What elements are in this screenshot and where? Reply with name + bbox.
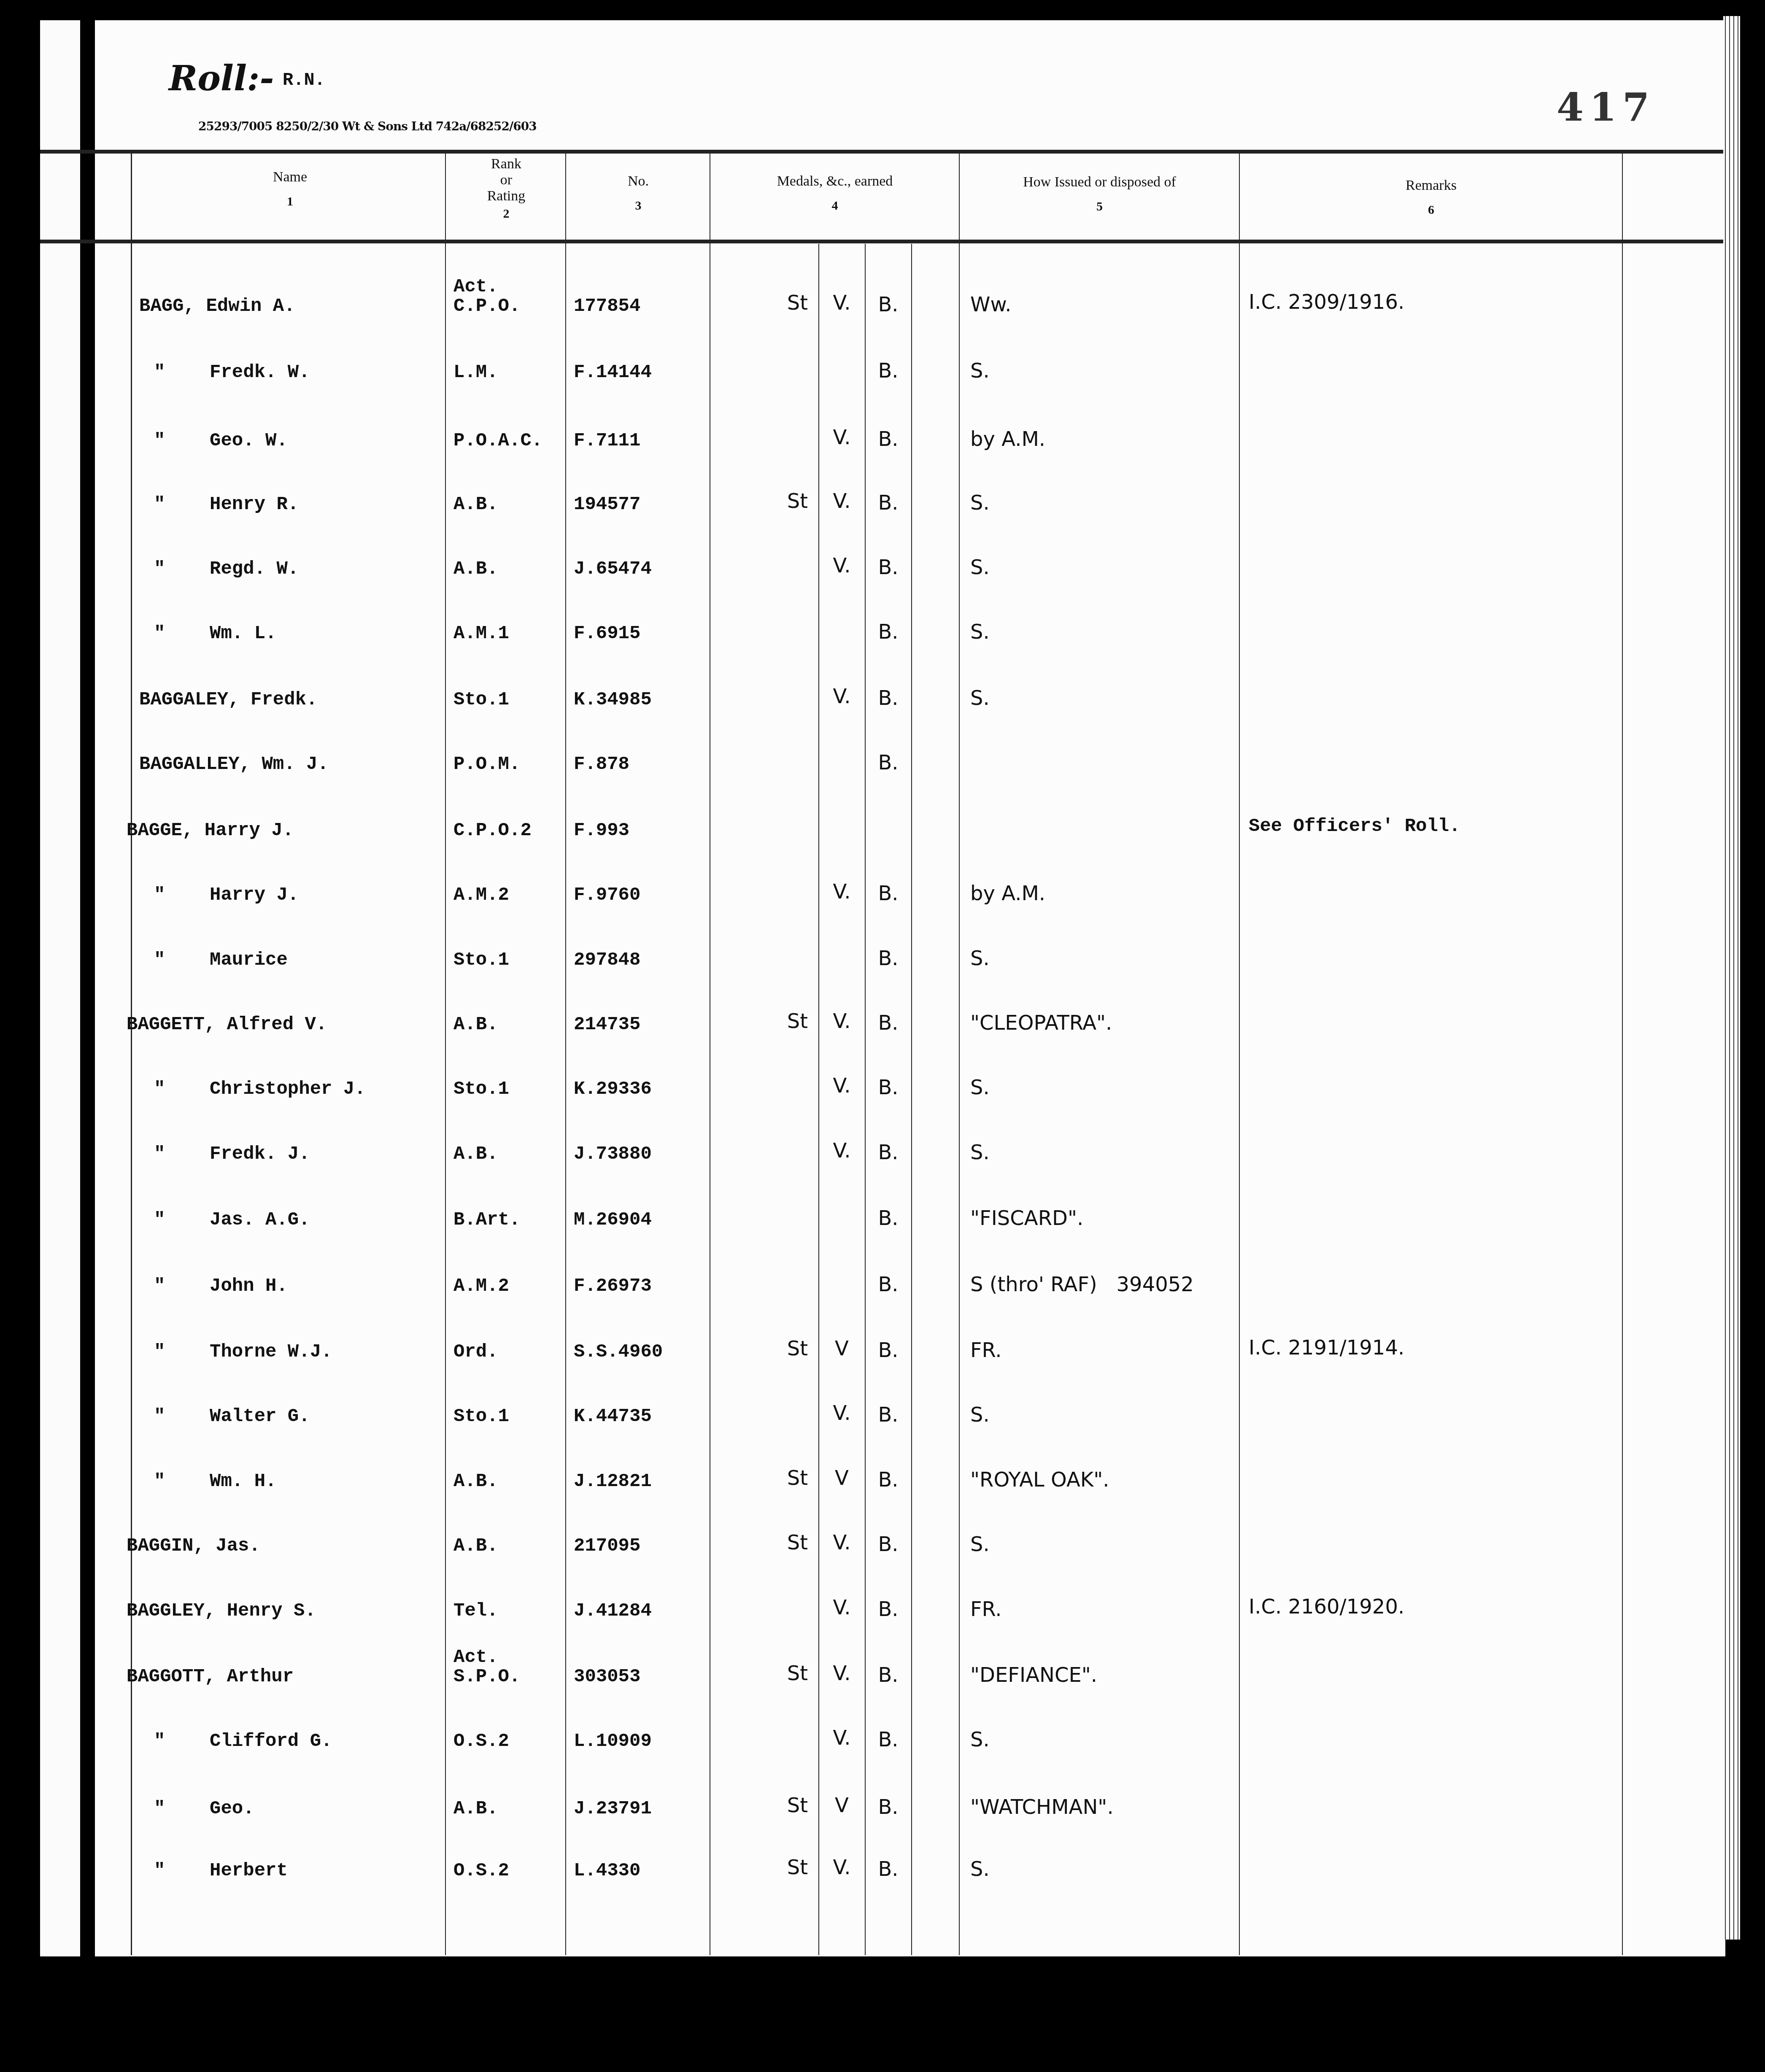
name-cell: " Herbert: [154, 1862, 288, 1880]
rank-cell: A.B.: [453, 1537, 498, 1555]
header-label: Name: [273, 169, 307, 185]
service-number-cell: F.7111: [574, 432, 640, 450]
medal-victory-cell: V: [820, 1795, 864, 1816]
service-number-cell: J.12821: [574, 1472, 652, 1491]
rank-cell: B.Art.: [453, 1211, 520, 1229]
rank-cell: O.S.2: [453, 1732, 509, 1751]
issued-cell: S.: [970, 1534, 990, 1554]
column-divider-name-rank: [445, 152, 446, 1955]
medal-british-cell: B.: [866, 1142, 910, 1163]
rank-cell: L.M.: [453, 363, 498, 382]
issued-cell: "WATCHMAN".: [970, 1797, 1114, 1817]
name-cell: " Thorne W.J.: [154, 1343, 332, 1361]
medal-british-cell: B.: [866, 1599, 910, 1619]
issued-cell: S.: [970, 1859, 990, 1879]
medal-victory-cell: V.: [820, 1532, 864, 1553]
medal-star-cell: St: [775, 1011, 820, 1031]
column-header-medals: Medals, &c., earned 4: [711, 173, 959, 214]
name-cell: BAGGLEY, Henry S.: [127, 1602, 316, 1620]
name-cell: BAGGOTT, Arthur: [127, 1667, 294, 1686]
medal-british-cell: B.: [866, 429, 910, 449]
service-number-cell: J.73880: [574, 1145, 652, 1163]
rank-cell-line-2: C.P.O.: [453, 297, 520, 316]
medal-british-cell: B.: [866, 1665, 910, 1685]
medal-victory-cell: V.: [820, 1141, 864, 1161]
medal-british-cell: B.: [866, 361, 910, 381]
rank-cell-line-2: S.P.O.: [453, 1667, 520, 1686]
name-cell: BAGGE, Harry J.: [127, 821, 294, 840]
column-divider-issued-remarks: [1239, 152, 1240, 1955]
remarks-cell: I.C. 2309/1916.: [1249, 292, 1404, 312]
name-cell: " John H.: [154, 1277, 288, 1295]
name-cell: " Wm. H.: [154, 1472, 276, 1491]
remarks-cell: I.C. 2160/1920.: [1249, 1597, 1404, 1617]
rank-cell: A.B.: [453, 1015, 498, 1034]
issued-cell: "FISCARD".: [970, 1208, 1083, 1228]
rank-cell: P.O.M.: [453, 755, 520, 774]
column-header-remarks: Remarks 6: [1240, 177, 1622, 219]
service-number-cell: K.44735: [574, 1407, 652, 1426]
medal-star-cell: St: [775, 1468, 820, 1488]
name-cell: " Fredk. W.: [154, 363, 310, 382]
issued-cell: S.: [970, 622, 990, 642]
header-top-rule: [40, 150, 1723, 154]
name-cell: " Fredk. J.: [154, 1145, 310, 1163]
column-header-issued: How Issued or disposed of 5: [960, 174, 1239, 215]
medal-british-cell: B.: [866, 883, 910, 904]
issued-cell: S.: [970, 557, 990, 577]
issued-cell: S.: [970, 688, 990, 708]
medal-victory-cell: V.: [820, 686, 864, 707]
rank-cell: Sto.1: [453, 1080, 509, 1098]
medal-victory-cell: V.: [820, 1076, 864, 1096]
service-number-cell: F.6915: [574, 624, 640, 643]
medal-british-cell: B.: [866, 1470, 910, 1490]
medal-victory-cell: V.: [820, 882, 864, 902]
header-number: 6: [1240, 202, 1622, 219]
medal-subcolumn-divider-2: [865, 244, 866, 1955]
medal-victory-cell: V.: [820, 1011, 864, 1031]
medal-british-cell: B.: [866, 1274, 910, 1295]
rank-cell-line-1: Act.: [453, 1648, 498, 1667]
medal-star-cell: St: [775, 1532, 820, 1553]
medal-british-cell: B.: [866, 1077, 910, 1098]
medal-victory-cell: V: [820, 1338, 864, 1359]
service-number-cell: J.65474: [574, 560, 652, 578]
issued-cell: by A.M.: [970, 883, 1045, 904]
header-number: 4: [711, 197, 959, 214]
issued-cell: S.: [970, 361, 990, 381]
rank-cell: A.B.: [453, 560, 498, 578]
rank-cell: Sto.1: [453, 691, 509, 709]
facing-page-edge: [40, 20, 80, 1956]
medal-british-cell: B.: [866, 1729, 910, 1750]
rank-cell: P.O.A.C.: [453, 432, 542, 450]
rank-cell: O.S.2: [453, 1862, 509, 1880]
name-cell: BAGGETT, Alfred V.: [127, 1015, 327, 1034]
issued-cell: S (thro' RAF) 394052: [970, 1274, 1194, 1295]
printer-code: 25293/7005 8250/2/30 Wt & Sons Ltd 742a/…: [198, 119, 537, 133]
medal-star-cell: St: [775, 1338, 820, 1359]
name-cell: " Wm. L.: [154, 624, 276, 643]
header-label: No.: [628, 173, 649, 189]
issued-cell: "ROYAL OAK".: [970, 1470, 1109, 1490]
service-number-cell: 177854: [574, 297, 640, 316]
medal-british-cell: B.: [866, 948, 910, 969]
name-cell: " Geo. W.: [154, 432, 288, 450]
name-cell: " Regd. W.: [154, 560, 299, 578]
header-label: Remarks: [1406, 178, 1457, 193]
rank-cell: A.M.1: [453, 624, 509, 643]
rank-cell: Tel.: [453, 1602, 498, 1620]
name-cell: BAGGIN, Jas.: [127, 1537, 260, 1555]
issued-cell: by A.M.: [970, 429, 1045, 449]
medal-victory-cell: V.: [820, 1857, 864, 1878]
service-number-cell: S.S.4960: [574, 1343, 663, 1361]
medal-victory-cell: V.: [820, 1663, 864, 1683]
column-divider-rank-no: [565, 152, 566, 1955]
name-cell: BAGG, Edwin A.: [139, 297, 295, 316]
page-number: 417: [1557, 84, 1655, 130]
service-number-cell: 214735: [574, 1015, 640, 1034]
medal-british-cell: B.: [866, 493, 910, 513]
service-number-cell: 297848: [574, 951, 640, 969]
medal-star-cell: St: [775, 1795, 820, 1816]
medal-british-cell: B.: [866, 753, 910, 773]
rank-cell: A.B.: [453, 495, 498, 514]
service-number-cell: F.26973: [574, 1277, 652, 1295]
roll-title: Roll:-: [169, 58, 274, 99]
issued-cell: S.: [970, 948, 990, 969]
name-cell: " Walter G.: [154, 1407, 310, 1426]
issued-cell: FR.: [970, 1599, 1002, 1619]
column-divider-medals-issued: [959, 152, 960, 1955]
name-cell: " Clifford G.: [154, 1732, 332, 1751]
medal-british-cell: B.: [866, 1797, 910, 1817]
name-cell: " Jas. A.G.: [154, 1211, 310, 1229]
name-cell: " Geo.: [154, 1800, 254, 1818]
header-number: 1: [135, 193, 445, 210]
medal-subcolumn-divider-3: [911, 244, 912, 1955]
remarks-cell: I.C. 2191/1914.: [1249, 1338, 1404, 1358]
service-number-cell: L.4330: [574, 1862, 640, 1880]
service-number-cell: K.29336: [574, 1080, 652, 1098]
issued-cell: "DEFIANCE".: [970, 1665, 1097, 1685]
name-cell: " Christopher J.: [154, 1080, 366, 1098]
name-cell: " Maurice: [154, 951, 288, 969]
rank-cell: Ord.: [453, 1343, 498, 1361]
medal-victory-cell: V.: [820, 1728, 864, 1748]
service-number-cell: 194577: [574, 495, 640, 514]
issued-cell: Ww.: [970, 294, 1012, 315]
medal-british-cell: B.: [866, 1340, 910, 1360]
medal-british-cell: B.: [866, 294, 910, 315]
remarks-cell: See Officers' Roll.: [1249, 816, 1460, 836]
column-divider-no-medals: [710, 152, 710, 1955]
header-number: 3: [567, 197, 710, 214]
medal-victory-cell: V.: [820, 1597, 864, 1618]
rank-cell: A.M.2: [453, 1277, 509, 1295]
medal-victory-cell: V.: [820, 1403, 864, 1423]
header-number: 5: [960, 198, 1239, 215]
service-number-cell: L.10909: [574, 1732, 652, 1751]
medal-victory-cell: V.: [820, 556, 864, 576]
service-number-cell: F.878: [574, 755, 629, 774]
service-number-cell: F.993: [574, 821, 629, 840]
header-number: 2: [447, 206, 565, 222]
medal-british-cell: B.: [866, 688, 910, 708]
issued-cell: S.: [970, 1405, 990, 1425]
header-bottom-rule: [40, 240, 1723, 243]
name-cell: BAGGALEY, Fredk.: [139, 691, 317, 709]
rank-cell: A.B.: [453, 1800, 498, 1818]
header-label: or: [447, 172, 565, 188]
medal-star-cell: St: [775, 293, 820, 313]
medal-star-cell: St: [775, 1663, 820, 1683]
service-number-cell: J.41284: [574, 1602, 652, 1620]
medal-british-cell: B.: [866, 1208, 910, 1228]
medal-victory-cell: V.: [820, 427, 864, 448]
medal-british-cell: B.: [866, 557, 910, 577]
service-number-cell: K.34985: [574, 691, 652, 709]
medal-victory-cell: V.: [820, 293, 864, 313]
column-header-rank: Rank or Rating 2: [447, 156, 565, 222]
issued-cell: S.: [970, 1077, 990, 1098]
issued-cell: "CLEOPATRA".: [970, 1013, 1112, 1033]
column-header-no: No. 3: [567, 173, 710, 214]
medal-british-cell: B.: [866, 1013, 910, 1033]
name-cell: " Henry R.: [154, 495, 299, 514]
service-number-cell: F.14144: [574, 363, 652, 382]
column-header-name: Name 1: [135, 169, 445, 210]
medal-star-cell: St: [775, 491, 820, 511]
service-number-cell: M.26904: [574, 1211, 652, 1229]
service-number-cell: F.9760: [574, 886, 640, 904]
header-label: Medals, &c., earned: [777, 173, 893, 189]
medal-victory-cell: V.: [820, 491, 864, 511]
rank-cell-line-1: Act.: [453, 278, 498, 296]
rank-cell: C.P.O.2: [453, 821, 532, 840]
header-label: How Issued or disposed of: [1023, 174, 1176, 190]
header-label: Rank: [447, 156, 565, 172]
header-label: Rating: [447, 188, 565, 204]
rank-cell: Sto.1: [453, 951, 509, 969]
page-stack-edge: [1723, 16, 1740, 1940]
issued-cell: FR.: [970, 1340, 1002, 1360]
service-number-cell: 303053: [574, 1667, 640, 1686]
medal-british-cell: B.: [866, 622, 910, 642]
medal-british-cell: B.: [866, 1859, 910, 1879]
medal-british-cell: B.: [866, 1534, 910, 1554]
name-cell: BAGGALLEY, Wm. J.: [139, 755, 329, 774]
service-number-cell: 217095: [574, 1537, 640, 1555]
name-cell: " Harry J.: [154, 886, 299, 904]
issued-cell: S.: [970, 493, 990, 513]
issued-cell: S.: [970, 1729, 990, 1750]
issued-cell: S.: [970, 1142, 990, 1163]
service-number-cell: J.23791: [574, 1800, 652, 1818]
rank-cell: Sto.1: [453, 1407, 509, 1426]
medal-british-cell: B.: [866, 1405, 910, 1425]
medal-victory-cell: V: [820, 1468, 864, 1488]
rank-cell: A.B.: [453, 1472, 498, 1491]
roll-type: R.N.: [283, 70, 325, 90]
medal-star-cell: St: [775, 1857, 820, 1878]
column-divider-remarks-margin: [1622, 152, 1623, 1955]
rank-cell: A.B.: [453, 1145, 498, 1163]
rank-cell: A.M.2: [453, 886, 509, 904]
